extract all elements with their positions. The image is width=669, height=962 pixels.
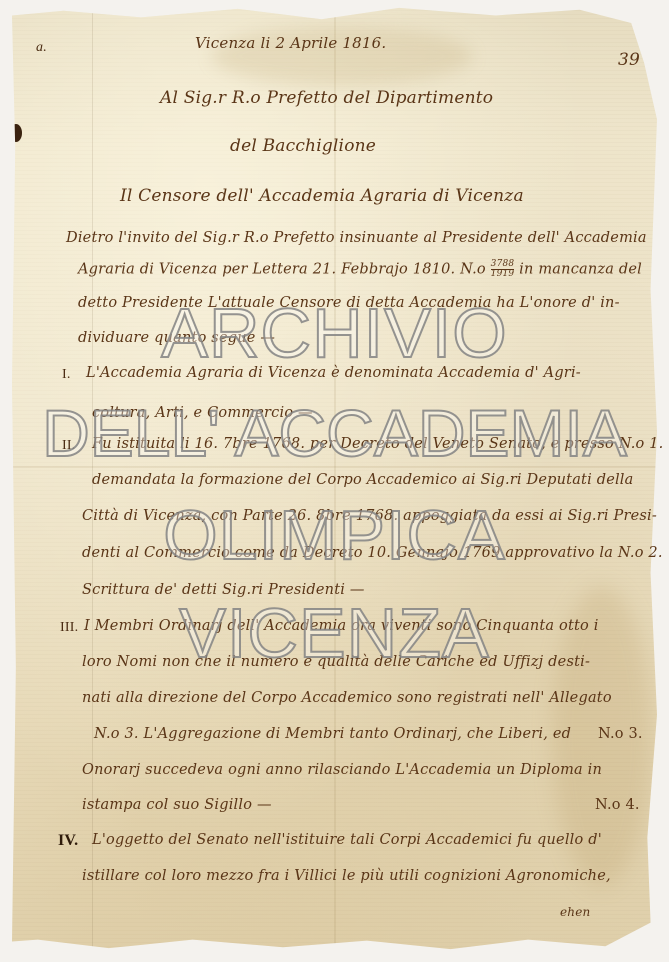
section-line: L'Accademia Agraria di Vicenza è denomin… [86,365,581,381]
intro-line: dividuare quanto segue — [78,330,275,346]
section-line: Scrittura de' detti Sig.ri Presidenti — [82,582,365,598]
intro-line: Dietro l'invito del Sig.r R.o Prefetto i… [66,230,647,246]
margin-note: N.o 4. [595,797,640,813]
intro-line: Agraria di Vicenza per Lettera 21. Febbr… [78,260,642,279]
section-line: Fu istituita li 16. 7bre 1768. per Decre… [92,436,663,452]
section-line: L'oggetto del Senato nell'istituire tali… [92,832,602,848]
addressee-line-2: del Bacchiglione [230,136,376,156]
section-line: coltura, Arti, e Commercio — [92,405,313,421]
dateline: Vicenza li 2 Aprile 1816. [195,34,386,52]
margin-note: N.o 3. [598,726,643,742]
ink-blot [10,124,22,142]
section-numeral: I. [62,367,71,383]
section-line: nati alla direzione del Corpo Accademico… [82,690,612,706]
catchword: ehen [560,905,590,919]
addressee-line-1: Al Sig.r R.o Prefetto del Dipartimento [160,88,493,108]
paper-fold-horizontal [12,466,657,468]
section-line: loro Nomi non che il numero e qualità de… [82,654,590,670]
section-line: istillare col loro mezzo fra i Villici l… [82,868,611,884]
sender-line: Il Censore dell' Accademia Agraria di Vi… [120,186,524,206]
section-line: I Membri Ordinarj dell' Accademia ora vi… [84,618,599,634]
intro-line: detto Presidente L'attuale Censore di de… [78,295,620,311]
section-line: demandata la formazione del Corpo Accade… [92,472,634,488]
folio-number: 39 [618,50,640,70]
intro-line-text: in mancanza del [519,262,642,278]
section-numeral: IV. [58,832,78,850]
section-numeral: II. [62,438,75,454]
section-numeral: III. [60,620,78,636]
protocol-denominator: 1919 [491,270,515,279]
section-line: denti al Commercio come da Decreto 10. G… [82,545,663,561]
intro-line-text: Agraria di Vicenza per Lettera 21. Febbr… [78,262,455,278]
protocol-prefix: N.o [460,262,486,278]
folio-letter: a. [36,40,47,56]
protocol-number: 3788 1919 [491,260,515,279]
section-line: Onorarj succedeva ogni anno rilasciando … [82,762,602,778]
section-line: N.o 3. L'Aggregazione di Membri tanto Or… [94,726,571,742]
section-line: Città di Vicenza, con Parte 26. 8bre 176… [82,508,657,524]
section-line: istampa col suo Sigillo — [82,797,272,813]
